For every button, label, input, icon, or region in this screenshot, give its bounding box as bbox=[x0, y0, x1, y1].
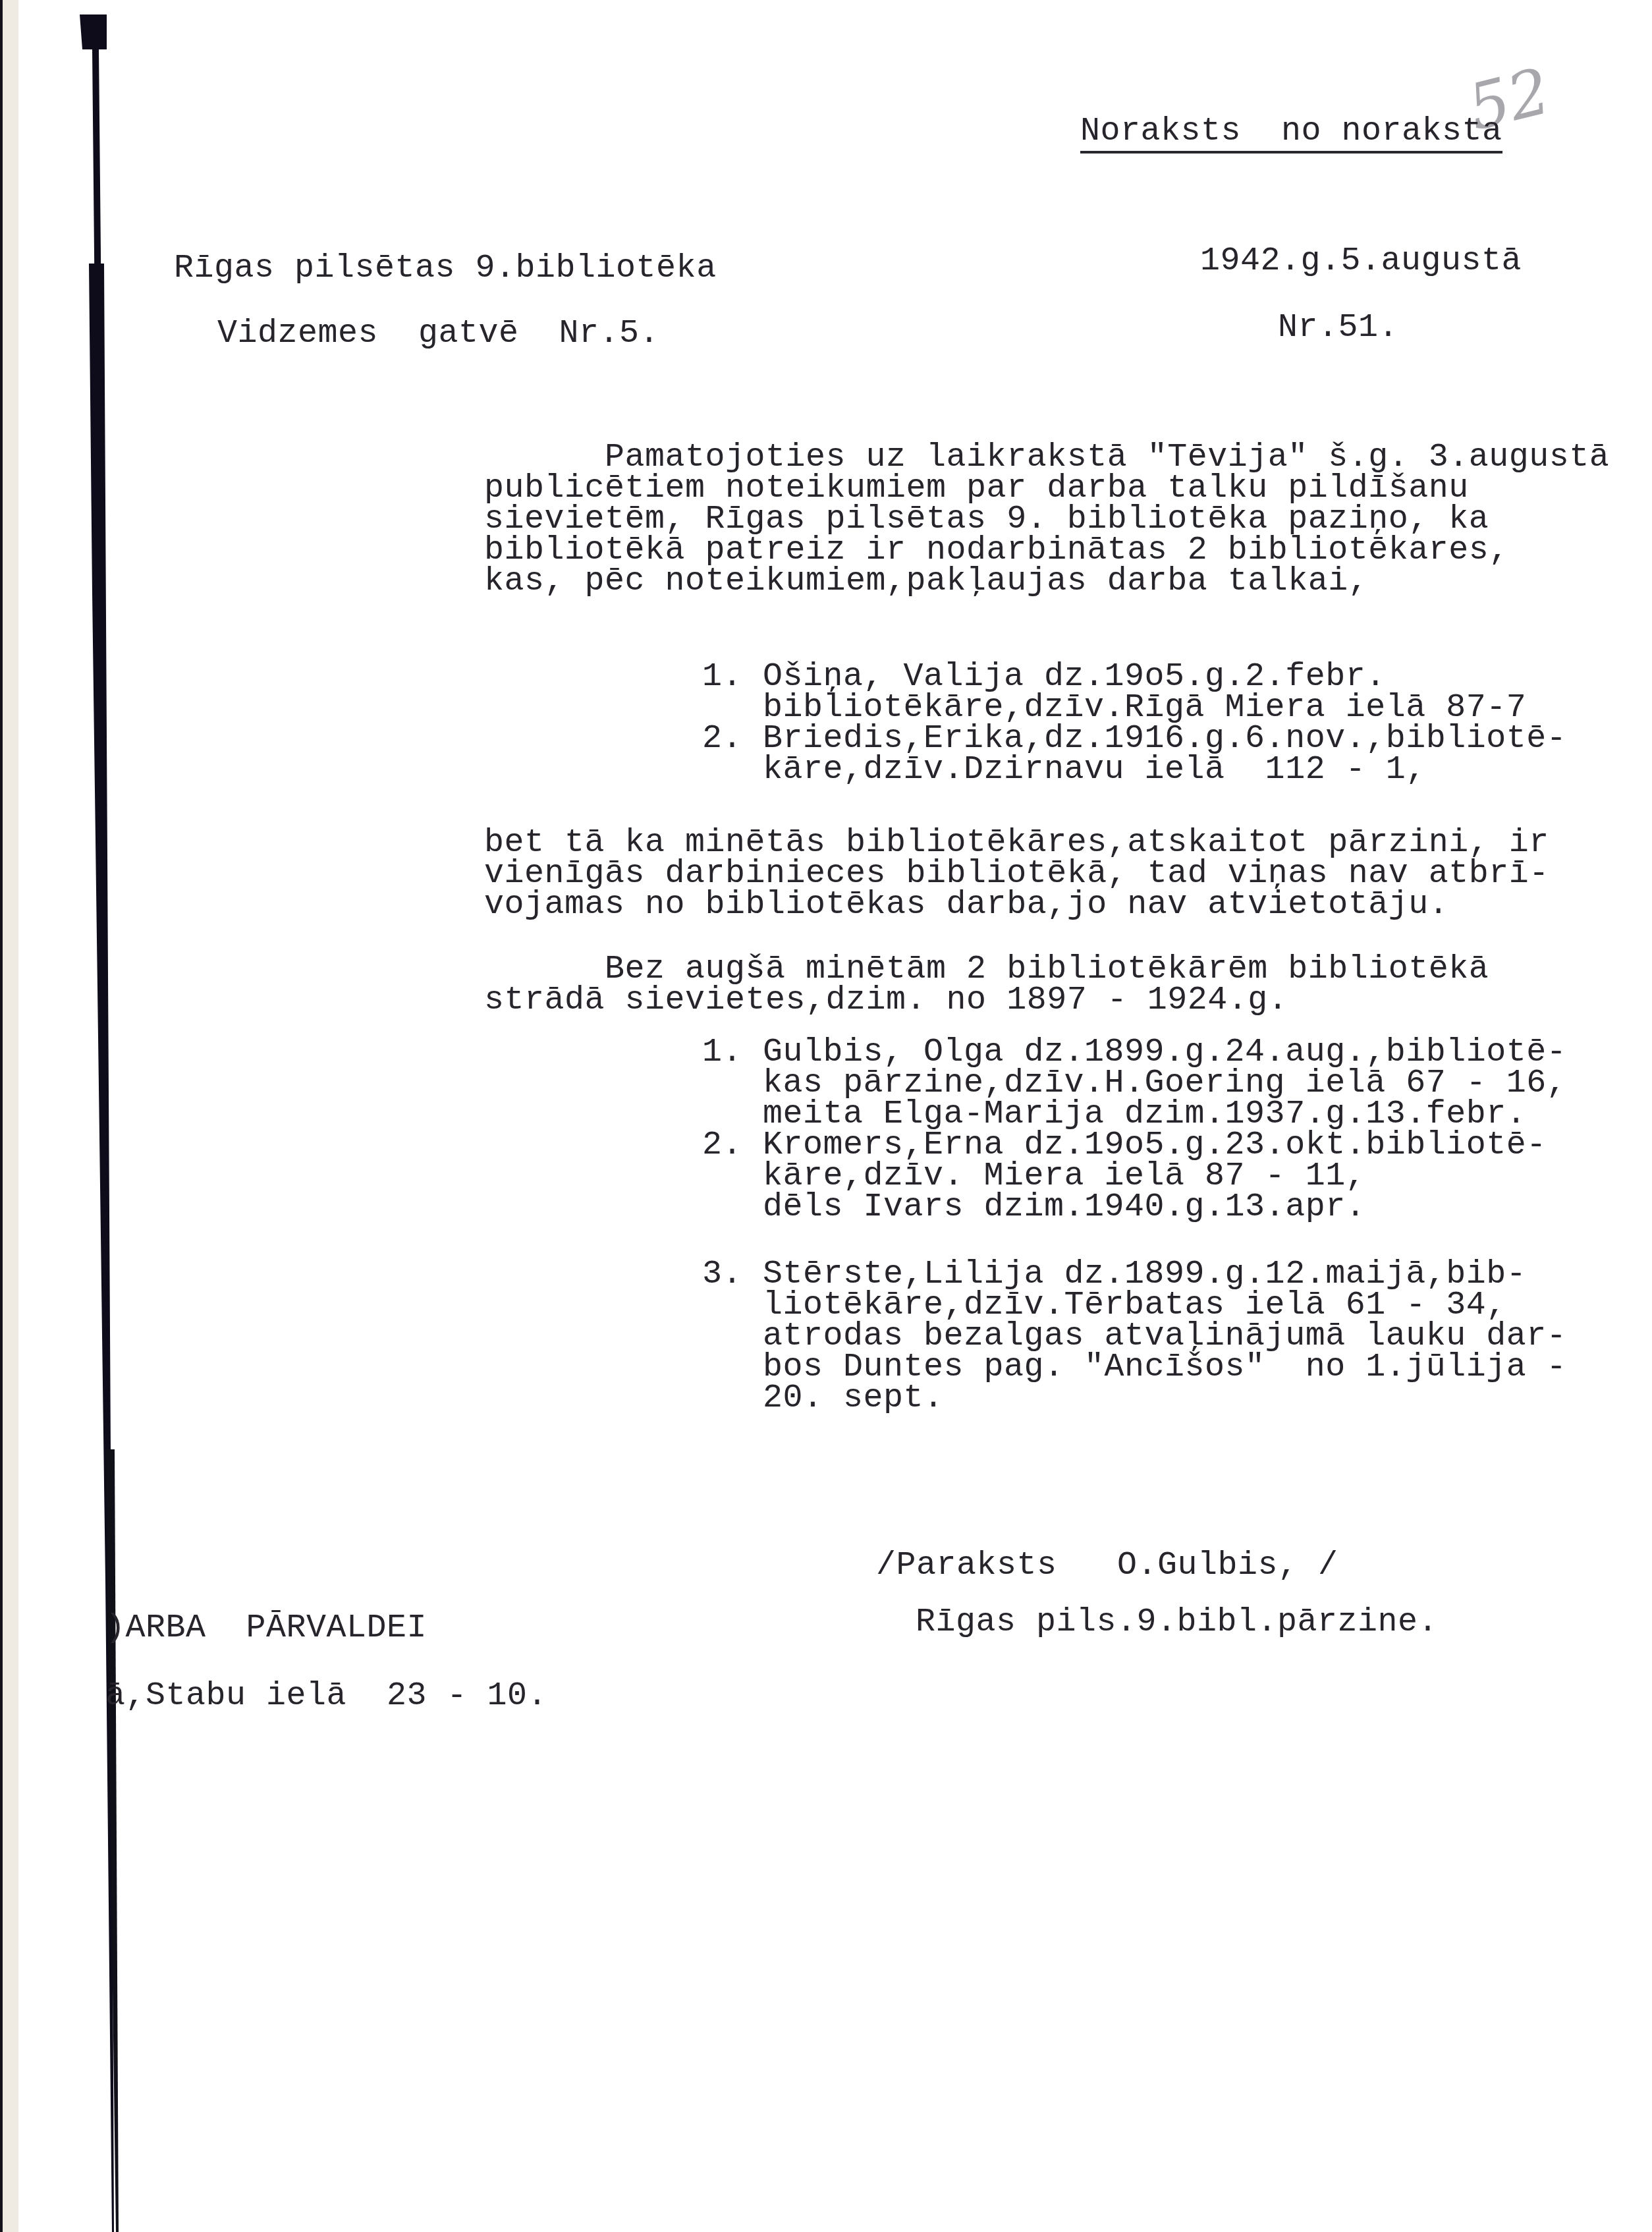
document-title: Noraksts no noraksta bbox=[1080, 115, 1502, 153]
list-item-line: dēls Ivars dzim.1940.g.13.apr. bbox=[763, 1191, 1365, 1224]
recipient-name: )ARBA PĀRVALDEI bbox=[105, 1612, 427, 1645]
list-item-line: kāre,dzīv.Dzirnavu ielā 112 - 1, bbox=[763, 754, 1426, 787]
list-item-line: 20. sept. bbox=[763, 1382, 944, 1415]
list-item-number: 3. bbox=[702, 1258, 742, 1291]
sender-address: Vidzemes gatvē Nr.5. bbox=[217, 318, 659, 350]
recipient-address: ā,Stabu ielā 23 - 10. bbox=[105, 1680, 547, 1713]
signature-title: Rīgas pils.9.bibl.pārzine. bbox=[916, 1606, 1438, 1639]
binding-bar bbox=[0, 0, 132, 2232]
paragraph-line: strādā sievietes,dzim. no 1897 - 1924.g. bbox=[484, 984, 1288, 1017]
list-item-number: 1. bbox=[702, 661, 742, 694]
list-item-number: 1. bbox=[702, 1036, 742, 1069]
sender-name: Rīgas pilsētas 9.bibliotēka bbox=[174, 252, 717, 285]
signature-line: /Paraksts O.Gulbis, / bbox=[876, 1549, 1338, 1582]
paragraph-line: kas, pēc noteikumiem,pakļaujas darba tal… bbox=[484, 565, 1368, 598]
document-date: 1942.g.5.augustā bbox=[1200, 245, 1522, 278]
paragraph-line: vojamas no bibliotēkas darba,jo nav atvi… bbox=[484, 889, 1448, 922]
list-item-number: 2. bbox=[702, 1129, 742, 1162]
list-item-number: 2. bbox=[702, 723, 742, 756]
reference-number: Nr.51. bbox=[1278, 312, 1398, 345]
